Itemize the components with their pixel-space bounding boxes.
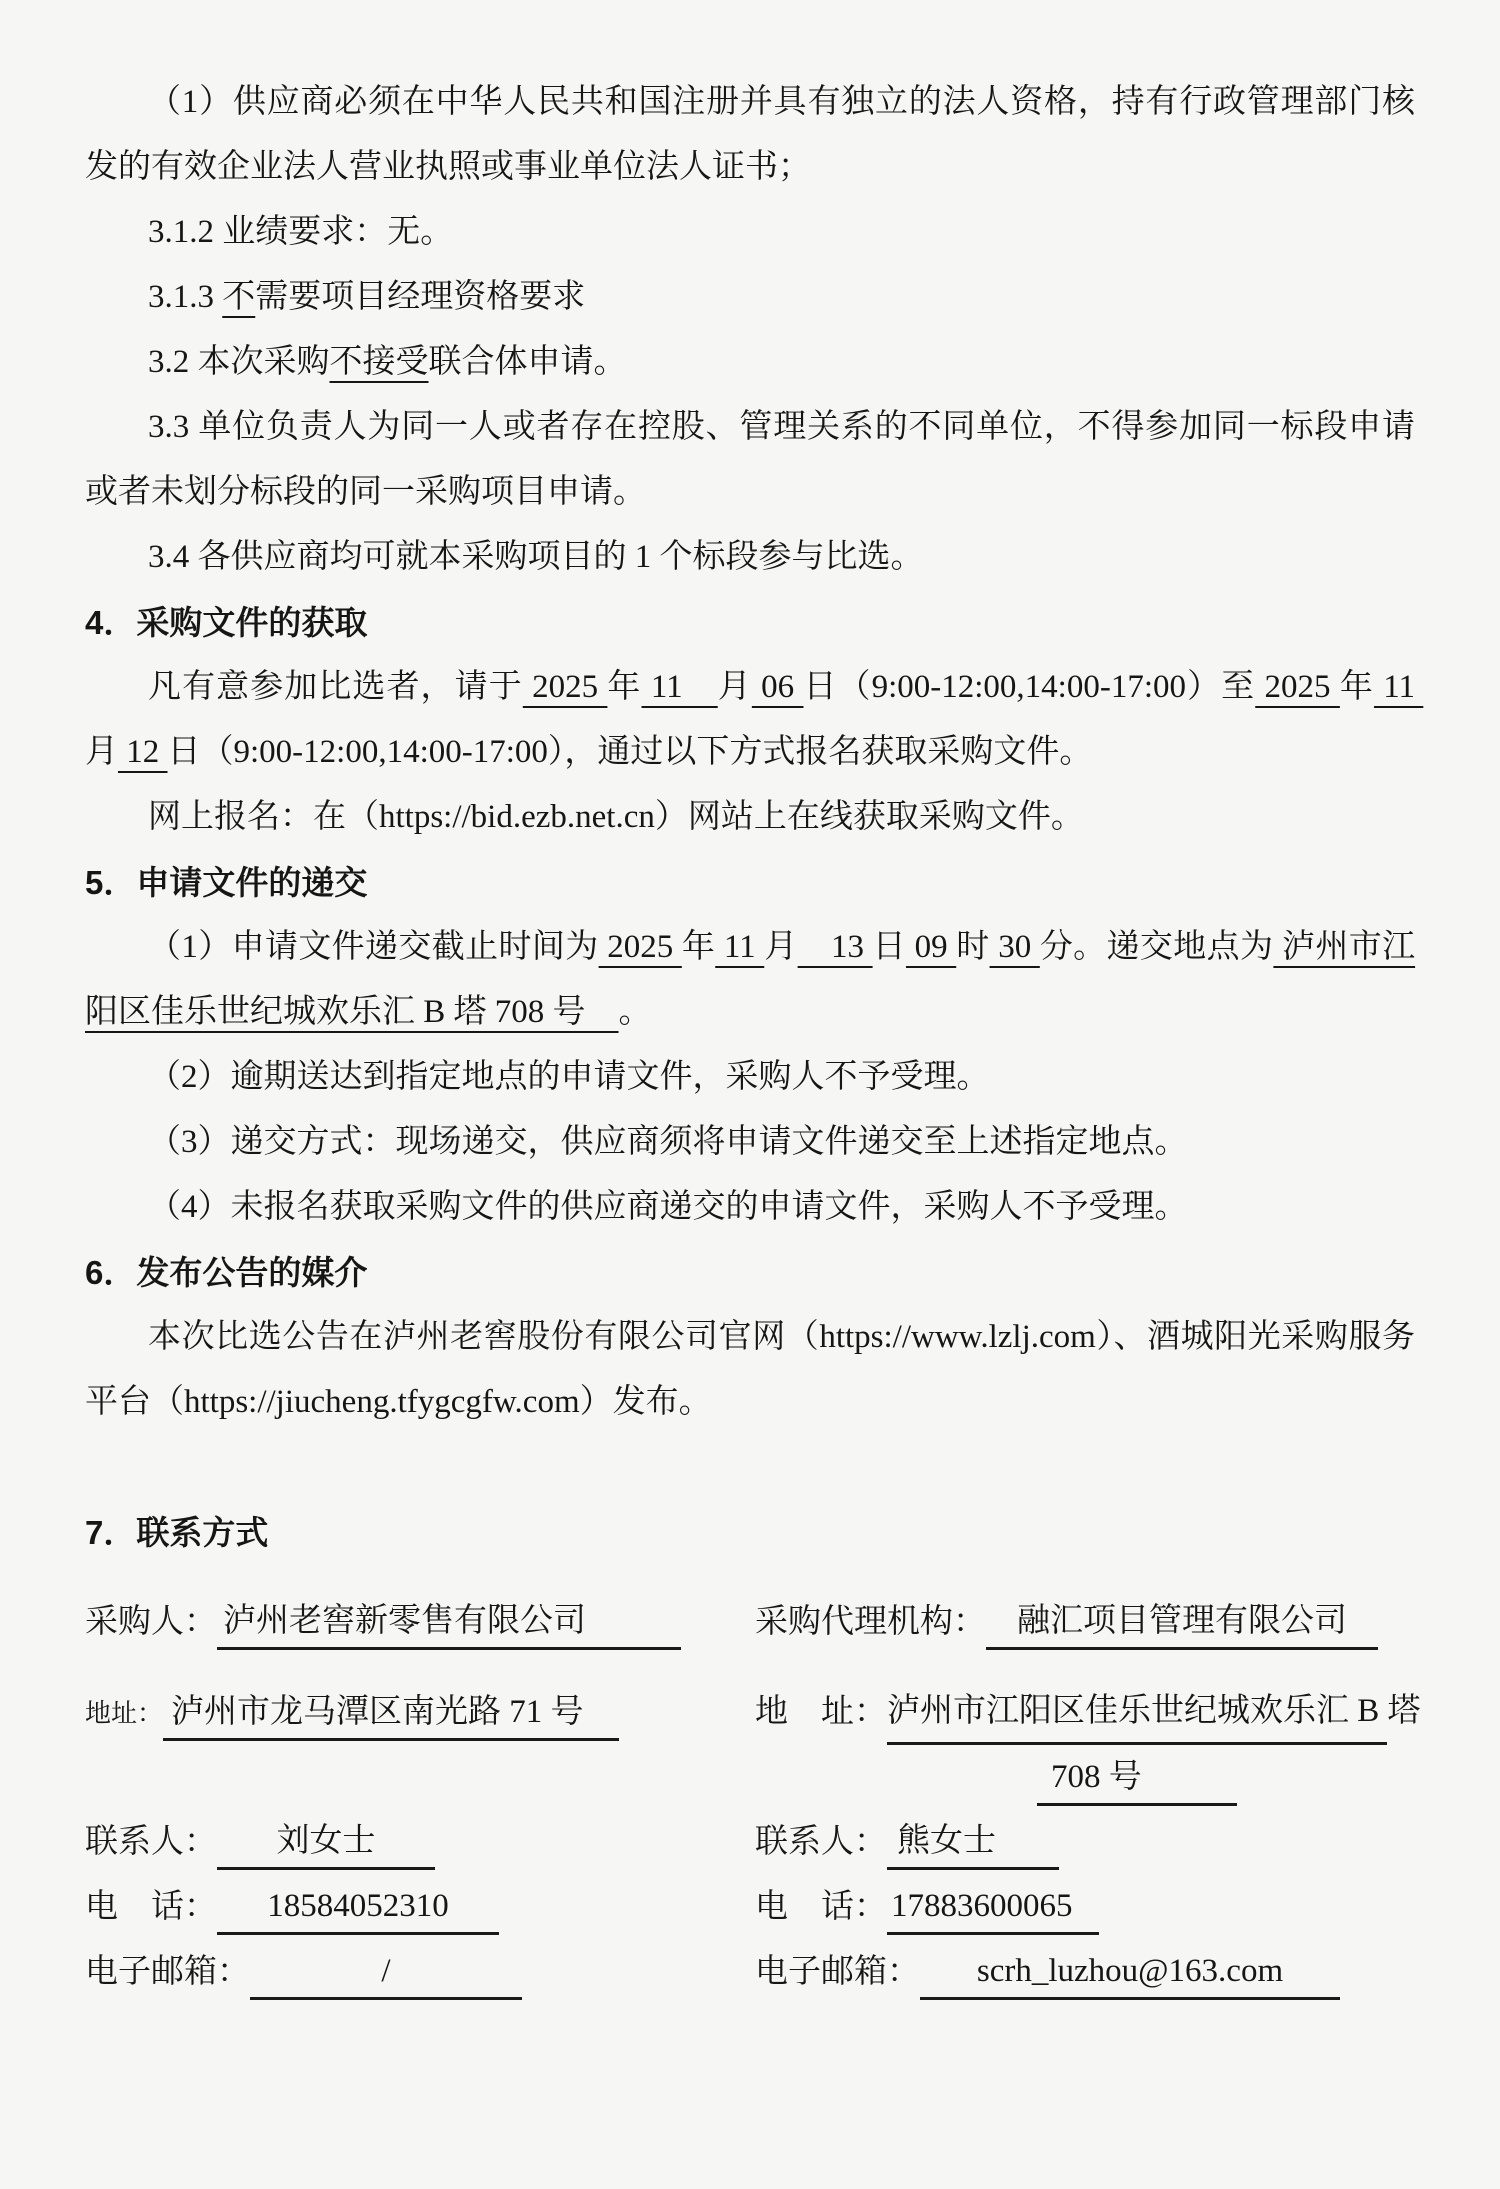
agency-phone-label: 电 话：	[755, 1889, 887, 1925]
agency-phone-value: 17883600065	[887, 1880, 1099, 1935]
agency-phone-row: 电 话：17883600065	[755, 1875, 1415, 1940]
para-4-obtain-time: 凡有意参加比选者，请于 2025 年 11 月 06 日（9:00-12:00,…	[85, 655, 1415, 785]
buyer-person-label: 联系人：	[85, 1824, 217, 1860]
text-run: 本次比选公告在泸州老窖股份有限公司官网（https://www.lzlj.com…	[85, 1319, 1415, 1420]
text-run: 日（9:00-12:00,14:00-17:00），通过以下方式报名获取采购文件…	[168, 734, 1093, 770]
buyer-phone-value: 18584052310	[217, 1880, 499, 1935]
buyer-row: 采购人：泸州老窖新零售有限公司	[85, 1590, 755, 1655]
buyer-email-row: 电子邮箱：/	[85, 1940, 755, 2005]
text-run: 月	[764, 929, 797, 965]
buyer-person-row: 联系人：刘女士	[85, 1810, 755, 1875]
text-run: 。	[619, 994, 652, 1030]
underlined-text-run: 09	[906, 929, 956, 965]
para-3-4-sections: 3.4 各供应商均可就本采购项目的 1 个标段参与比选。	[85, 525, 1415, 590]
section-heading-5-submission: 5．申请文件的递交	[85, 850, 1415, 915]
buyer-address-row: 地址：泸州市龙马潭区南光路 71 号	[85, 1680, 755, 1810]
buyer-email-label: 电子邮箱：	[85, 1954, 250, 1990]
agency-row: 采购代理机构：融汇项目管理有限公司	[755, 1590, 1415, 1655]
contact-column-agency: 采购代理机构：融汇项目管理有限公司 地 址：泸州市江阳区佳乐世纪城欢乐汇 B 塔…	[755, 1590, 1415, 2005]
para-5-4-unregistered: （4）未报名获取采购文件的供应商递交的申请文件，采购人不予受理。	[85, 1175, 1415, 1240]
agency-value: 融汇项目管理有限公司	[986, 1595, 1378, 1650]
agency-address-line2-wrap: 708 号	[887, 1745, 1387, 1811]
text-run: 联合体申请。	[429, 344, 627, 380]
text-run: 3.4 各供应商均可就本采购项目的 1 个标段参与比选。	[148, 539, 924, 575]
agency-person-label: 联系人：	[755, 1824, 887, 1860]
text-run: 需要项目经理资格要求	[255, 279, 585, 315]
contact-column-buyer: 采购人：泸州老窖新零售有限公司 地址：泸州市龙马潭区南光路 71 号 联系人：刘…	[85, 1590, 755, 2005]
text-run: （4）未报名获取采购文件的供应商递交的申请文件，采购人不予受理。	[148, 1189, 1188, 1225]
document-page: （1）供应商必须在中华人民共和国注册并具有独立的法人资格，持有行政管理部门核发的…	[0, 0, 1500, 2189]
underlined-text-run: 11	[642, 669, 718, 705]
text-run: 3.1.2 业绩要求：无。	[148, 214, 453, 250]
text-run: 月	[85, 734, 118, 770]
buyer-phone-label: 电 话：	[85, 1889, 217, 1925]
agency-person-row: 联系人：熊女士	[755, 1810, 1415, 1875]
buyer-value: 泸州老窖新零售有限公司	[217, 1595, 681, 1650]
text-run: 3.2 本次采购	[148, 344, 330, 380]
contact-section: 采购人：泸州老窖新零售有限公司 地址：泸州市龙马潭区南光路 71 号 联系人：刘…	[85, 1590, 1415, 2005]
para-3-2-consortium: 3.2 本次采购不接受联合体申请。	[85, 330, 1415, 395]
agency-address-row: 地 址：泸州市江阳区佳乐世纪城欢乐汇 B 塔708 号	[755, 1680, 1415, 1810]
para-3-3-same-entity: 3.3 单位负责人为同一人或者存在控股、管理关系的不同单位，不得参加同一标段申请…	[85, 395, 1415, 525]
section-heading-4-obtain-documents: 4．采购文件的获取	[85, 590, 1415, 655]
text-run: （2）逾期送达到指定地点的申请文件，采购人不予受理。	[148, 1059, 990, 1095]
buyer-email-value: /	[250, 1945, 522, 2000]
underlined-text-run: 11	[715, 929, 764, 965]
underlined-text-run: 30	[990, 929, 1040, 965]
text-run: 月	[718, 669, 752, 705]
agency-person-value: 熊女士	[887, 1815, 1059, 1870]
buyer-address-value: 泸州市龙马潭区南光路 71 号	[163, 1686, 619, 1741]
underlined-text-run: 2025	[599, 929, 682, 965]
text-run: 日（9:00-12:00,14:00-17:00）至	[803, 669, 1255, 705]
section-heading-6-announcement-media: 6．发布公告的媒介	[85, 1240, 1415, 1305]
agency-label: 采购代理机构：	[755, 1604, 986, 1640]
text-run: 年	[607, 669, 641, 705]
agency-email-label: 电子邮箱：	[755, 1954, 920, 1990]
text-run: （3）递交方式：现场递交，供应商须将申请文件递交至上述指定地点。	[148, 1124, 1188, 1160]
para-3-1-2-performance: 3.1.2 业绩要求：无。	[85, 200, 1415, 265]
text-run: 年	[682, 929, 715, 965]
underlined-text-run: 11	[1374, 669, 1423, 705]
blank-line	[85, 1435, 1415, 1500]
para-6-media: 本次比选公告在泸州老窖股份有限公司官网（https://www.lzlj.com…	[85, 1305, 1415, 1435]
para-4-online-registration: 网上报名：在（https://bid.ezb.net.cn）网站上在线获取采购文…	[85, 785, 1415, 850]
section-heading-7-contact: 7．联系方式	[85, 1500, 1415, 1565]
agency-email-value: scrh_luzhou@163.com	[920, 1945, 1340, 2000]
para-supplier-registration: （1）供应商必须在中华人民共和国注册并具有独立的法人资格，持有行政管理部门核发的…	[85, 70, 1415, 200]
agency-email-row: 电子邮箱：scrh_luzhou@163.com	[755, 1940, 1415, 2005]
underlined-text-run: 不接受	[330, 344, 429, 380]
underlined-text-run: 2025	[1255, 669, 1340, 705]
para-5-2-overdue: （2）逾期送达到指定地点的申请文件，采购人不予受理。	[85, 1045, 1415, 1110]
text-run: （1）供应商必须在中华人民共和国注册并具有独立的法人资格，持有行政管理部门核发的…	[85, 84, 1415, 185]
agency-address-value: 泸州市江阳区佳乐世纪城欢乐汇 B 塔708 号	[887, 1680, 1387, 1811]
text-run: 时	[956, 929, 989, 965]
agency-address-line2: 708 号	[1037, 1751, 1237, 1806]
underlined-text-run: 2025	[523, 669, 608, 705]
text-run: 年	[1340, 669, 1374, 705]
underlined-text-run: 不	[222, 279, 255, 315]
underlined-text-run: 12	[118, 734, 168, 770]
text-run: 3.1.3	[148, 279, 222, 315]
text-run: 网上报名：在（https://bid.ezb.net.cn）网站上在线获取采购文…	[148, 799, 1084, 835]
underlined-text-run: 06	[752, 669, 804, 705]
text-run: 日	[873, 929, 906, 965]
para-5-3-delivery-method: （3）递交方式：现场递交，供应商须将申请文件递交至上述指定地点。	[85, 1110, 1415, 1175]
buyer-person-value: 刘女士	[217, 1815, 435, 1870]
para-5-1-deadline-location: （1）申请文件递交截止时间为 2025 年 11 月 13 日 09 时 30 …	[85, 915, 1415, 1045]
text-run: 分。递交地点为	[1040, 929, 1274, 965]
buyer-phone-row: 电 话：18584052310	[85, 1875, 755, 1940]
text-run: （1）申请文件递交截止时间为	[148, 929, 599, 965]
buyer-label: 采购人：	[85, 1604, 217, 1640]
buyer-address-label: 地址：	[85, 1699, 163, 1728]
agency-address-label: 地 址：	[755, 1694, 887, 1730]
underlined-text-run: 13	[798, 929, 873, 965]
text-run: 3.3 单位负责人为同一人或者存在控股、管理关系的不同单位，不得参加同一标段申请…	[85, 409, 1415, 510]
agency-address-line1: 泸州市江阳区佳乐世纪城欢乐汇 B 塔	[887, 1680, 1387, 1745]
text-run: 凡有意参加比选者，请于	[148, 669, 523, 705]
para-3-1-3-project-manager: 3.1.3 不需要项目经理资格要求	[85, 265, 1415, 330]
